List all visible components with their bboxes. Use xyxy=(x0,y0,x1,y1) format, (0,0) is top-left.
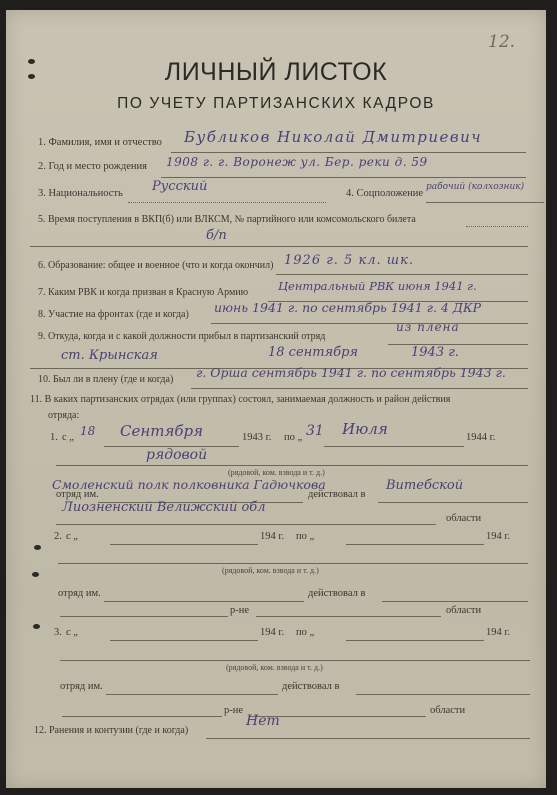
entry-1-num: 1. xyxy=(50,432,58,443)
entry-1-detachment-value: Смоленский полк полковника Гадючкова xyxy=(52,477,326,492)
entry-2-to-line xyxy=(346,544,484,545)
entry-1-acted-label: действовал в xyxy=(308,489,365,500)
entry-2-region-label: области xyxy=(446,605,481,616)
field-9-value-place: ст. Крынская xyxy=(61,348,158,363)
entry-2-from-prefix: с „ xyxy=(66,531,78,542)
entry-1-to-prefix: по „ xyxy=(284,432,302,443)
punch-hole xyxy=(32,572,39,577)
field-12-line xyxy=(206,738,530,739)
field-5-line-b xyxy=(30,246,528,247)
field-4-label: 4. Соцположение xyxy=(346,188,423,199)
entry-1-region-label: области xyxy=(446,513,481,524)
document-subtitle: ПО УЧЕТУ ПАРТИЗАНСКИХ КАДРОВ xyxy=(6,95,546,113)
entry-2-district-line-b xyxy=(256,616,441,617)
entry-2-to-prefix: по „ xyxy=(296,531,314,542)
field-2-line xyxy=(161,177,526,178)
punch-hole xyxy=(34,545,41,550)
field-11-label: 11. В каких партизанских отрядах (или гр… xyxy=(30,394,450,405)
field-9-value-year: 1943 г. xyxy=(411,345,459,360)
entry-3-to-line xyxy=(346,640,484,641)
entry-1-district-line xyxy=(56,524,436,525)
entry-2-to-year: 194 г. xyxy=(486,531,510,542)
field-4-line xyxy=(426,202,544,203)
entry-2-detachment-label: отряд им. xyxy=(58,588,101,599)
field-1-line xyxy=(171,152,526,153)
entry-3-detachment-line xyxy=(106,694,278,695)
entry-1-from-year: 1943 г. xyxy=(242,432,271,443)
entry-1-to-month: Июля xyxy=(342,420,388,438)
field-1-value: Бубликов Николай Дмитриевич xyxy=(184,128,482,146)
field-2-label: 2. Год и место рождения xyxy=(38,161,147,172)
entry-1-from-day: 18 xyxy=(80,424,95,438)
field-8-label: 8. Участие на фронтах (где и когда) xyxy=(38,309,189,320)
entry-2-district-line-a xyxy=(60,616,228,617)
entry-3-to-prefix: по „ xyxy=(296,627,314,638)
entry-1-to-day: 31 xyxy=(306,423,324,439)
entry-3-acted-label: действовал в xyxy=(282,681,339,692)
entry-3-region-label: области xyxy=(430,705,465,716)
field-5-value: б/п xyxy=(206,228,227,243)
entry-1-to-line xyxy=(324,446,464,447)
entry-3-acted-line xyxy=(356,694,530,695)
field-9-label: 9. Откуда, когда и с какой должности при… xyxy=(38,331,325,342)
entry-1-acted-value: Витебской xyxy=(386,478,463,493)
entry-1-district-value: Лиозненский Велижский обл xyxy=(62,500,266,515)
field-3-line xyxy=(128,202,326,203)
entry-3-from-line xyxy=(110,640,258,641)
entry-3-from-prefix: с „ xyxy=(66,627,78,638)
field-6-line xyxy=(276,274,528,275)
field-9-value-date: 18 сентября xyxy=(268,345,358,360)
field-6-label: 6. Образование: общее и военное (что и к… xyxy=(38,260,273,271)
punch-hole xyxy=(33,624,40,629)
field-3-label: 3. Национальность xyxy=(38,188,123,199)
field-4-value: рабочий (колхозник) xyxy=(426,182,524,192)
field-11-label-cont: отряда: xyxy=(48,410,79,421)
field-6-value: 1926 г. 5 кл. шк. xyxy=(284,253,414,268)
entry-1-position-hint: (рядовой, ком. взвода и т. д.) xyxy=(228,468,325,477)
entry-1-to-year: 1944 г. xyxy=(466,432,495,443)
field-7-label: 7. Каким РВК и когда призван в Красную А… xyxy=(38,287,248,298)
entry-2-num: 2. xyxy=(54,531,62,542)
entry-1-from-prefix: с „ xyxy=(62,432,74,443)
document-title: ЛИЧНЫЙ ЛИСТОК xyxy=(6,58,546,87)
field-8-line xyxy=(211,323,528,324)
entry-2-from-year: 194 г. xyxy=(260,531,284,542)
page-number: 12. xyxy=(488,32,515,52)
entry-2-position-hint: (рядовой, ком. взвода и т. д.) xyxy=(222,566,319,575)
entry-2-district-label: р-не xyxy=(230,605,249,616)
document-page: 12. ЛИЧНЫЙ ЛИСТОК ПО УЧЕТУ ПАРТИЗАНСКИХ … xyxy=(6,10,546,788)
entry-1-from-month: Сентября xyxy=(120,422,203,440)
field-8-value: июнь 1941 г. по сентябрь 1941 г. 4 ДКР xyxy=(214,300,481,315)
entry-2-acted-label: действовал в xyxy=(308,588,365,599)
field-9-value-line1: из плена xyxy=(396,320,460,334)
entry-3-district-line-a xyxy=(62,716,222,717)
field-1-label: 1. Фамилия, имя и отчество xyxy=(38,137,162,148)
entry-3-num: 3. xyxy=(54,627,62,638)
entry-1-position: рядовой xyxy=(146,447,207,463)
field-5-label: 5. Время поступления в ВКП(б) или ВЛКСМ,… xyxy=(38,214,416,225)
entry-3-detachment-label: отряд им. xyxy=(60,681,103,692)
entry-3-from-year: 194 г. xyxy=(260,627,284,638)
entry-3-position-hint: (рядовой, ком. взвода и т. д.) xyxy=(226,663,323,672)
entry-1-position-line xyxy=(56,465,528,466)
field-12-value: Нет xyxy=(246,713,280,729)
entry-2-position-line xyxy=(58,563,528,564)
field-10-line xyxy=(191,388,528,389)
field-3-value: Русский xyxy=(152,179,207,194)
entry-2-detachment-line xyxy=(104,601,304,602)
field-2-value: 1908 г. г. Воронеж ул. Бер. реки д. 59 xyxy=(166,155,428,169)
entry-3-district-label: р-не xyxy=(224,705,243,716)
field-12-label: 12. Ранения и контузии (где и когда) xyxy=(34,725,188,736)
field-10-value: г. Орша сентябрь 1941 г. по сентябрь 194… xyxy=(196,365,506,380)
entry-3-position-line xyxy=(60,660,530,661)
entry-2-acted-line xyxy=(382,601,528,602)
entry-2-from-line xyxy=(110,544,258,545)
entry-1-acted-line xyxy=(378,502,528,503)
entry-3-to-year: 194 г. xyxy=(486,627,510,638)
field-5-line-a xyxy=(466,226,528,227)
field-7-value: Центральный РВК июня 1941 г. xyxy=(278,279,477,293)
field-10-label: 10. Был ли в плену (где и когда) xyxy=(38,374,173,385)
